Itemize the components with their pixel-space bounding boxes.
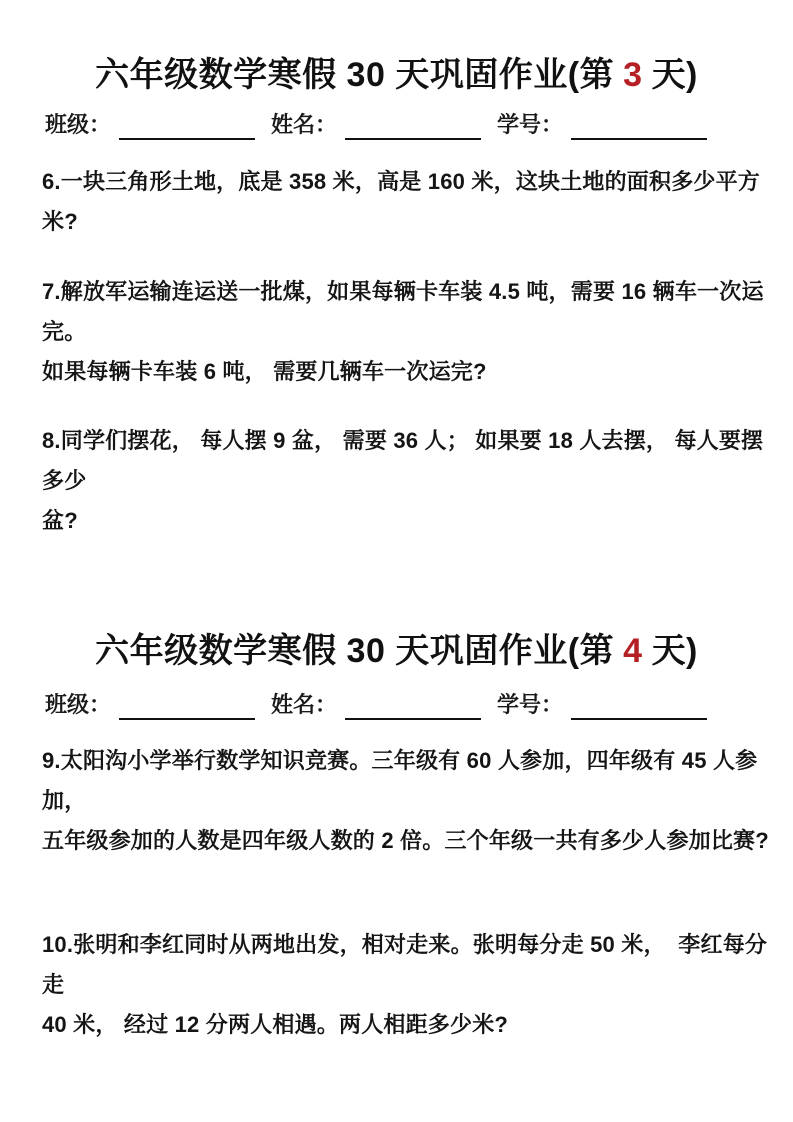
- student-id-field-label: 学号：: [497, 110, 563, 140]
- student-id-field-blank-line: [571, 692, 707, 720]
- title-suffix: 天): [652, 632, 698, 670]
- class-field-label: 班级：: [45, 110, 111, 140]
- question-10-line-1: 10.张明和李红同时从两地出发，相对走来。张明每分走 50 米， 李红每分走: [42, 925, 782, 1005]
- question-7: 7.解放军运输连运送一批煤，如果每辆卡车装 4.5 吨，需要 16 辆车一次运完…: [42, 272, 782, 392]
- worksheet-title-day-4: 六年级数学寒假 30 天巩固作业(第4天): [0, 628, 793, 674]
- student-info-row: 班级： 姓名： 学号：: [45, 110, 707, 140]
- question-9-line-2: 五年级参加的人数是四年级人数的 2 倍。三个年级一共有多少人参加比赛?: [42, 821, 782, 861]
- class-field-label: 班级：: [45, 690, 111, 720]
- student-id-field-blank-line: [571, 112, 707, 140]
- name-field: 姓名：: [271, 110, 481, 140]
- student-id-field: 学号：: [497, 690, 707, 720]
- question-8-line-1: 8.同学们摆花， 每人摆 9 盆， 需要 36 人； 如果要 18 人去摆， 每…: [42, 421, 782, 501]
- title-prefix: 六年级数学寒假 30 天巩固作业(第: [95, 56, 614, 94]
- name-field-label: 姓名：: [271, 690, 337, 720]
- question-10-line-2: 40 米， 经过 12 分两人相遇。两人相距多少米?: [42, 1005, 782, 1045]
- day-number: 4: [614, 632, 651, 670]
- name-field: 姓名：: [271, 690, 481, 720]
- title-prefix: 六年级数学寒假 30 天巩固作业(第: [95, 632, 614, 670]
- question-6-line-1: 6.一块三角形土地，底是 358 米，高是 160 米，这块土地的面积多少平方米…: [42, 162, 782, 242]
- question-9-line-1: 9.太阳沟小学举行数学知识竞赛。三年级有 60 人参加，四年级有 45 人参加，: [42, 741, 782, 821]
- student-id-field: 学号：: [497, 110, 707, 140]
- question-7-line-1: 7.解放军运输连运送一批煤，如果每辆卡车装 4.5 吨，需要 16 辆车一次运完…: [42, 272, 782, 352]
- name-field-blank-line: [345, 692, 481, 720]
- class-field: 班级：: [45, 110, 255, 140]
- question-9: 9.太阳沟小学举行数学知识竞赛。三年级有 60 人参加，四年级有 45 人参加，…: [42, 741, 782, 861]
- title-suffix: 天): [652, 56, 698, 94]
- class-field-blank-line: [119, 692, 255, 720]
- day-number: 3: [614, 56, 651, 94]
- name-field-blank-line: [345, 112, 481, 140]
- class-field-blank-line: [119, 112, 255, 140]
- question-8-line-2: 盆?: [42, 501, 782, 541]
- worksheet-page: 六年级数学寒假 30 天巩固作业(第3天) 班级： 姓名： 学号： 6.一块三角…: [0, 0, 793, 1122]
- worksheet-title-day-3: 六年级数学寒假 30 天巩固作业(第3天): [0, 52, 793, 98]
- name-field-label: 姓名：: [271, 110, 337, 140]
- student-info-row: 班级： 姓名： 学号：: [45, 690, 707, 720]
- student-id-field-label: 学号：: [497, 690, 563, 720]
- question-8: 8.同学们摆花， 每人摆 9 盆， 需要 36 人； 如果要 18 人去摆， 每…: [42, 421, 782, 541]
- class-field: 班级：: [45, 690, 255, 720]
- question-10: 10.张明和李红同时从两地出发，相对走来。张明每分走 50 米， 李红每分走 4…: [42, 925, 782, 1045]
- question-6: 6.一块三角形土地，底是 358 米，高是 160 米，这块土地的面积多少平方米…: [42, 162, 782, 242]
- question-7-line-2: 如果每辆卡车装 6 吨， 需要几辆车一次运完?: [42, 352, 782, 392]
